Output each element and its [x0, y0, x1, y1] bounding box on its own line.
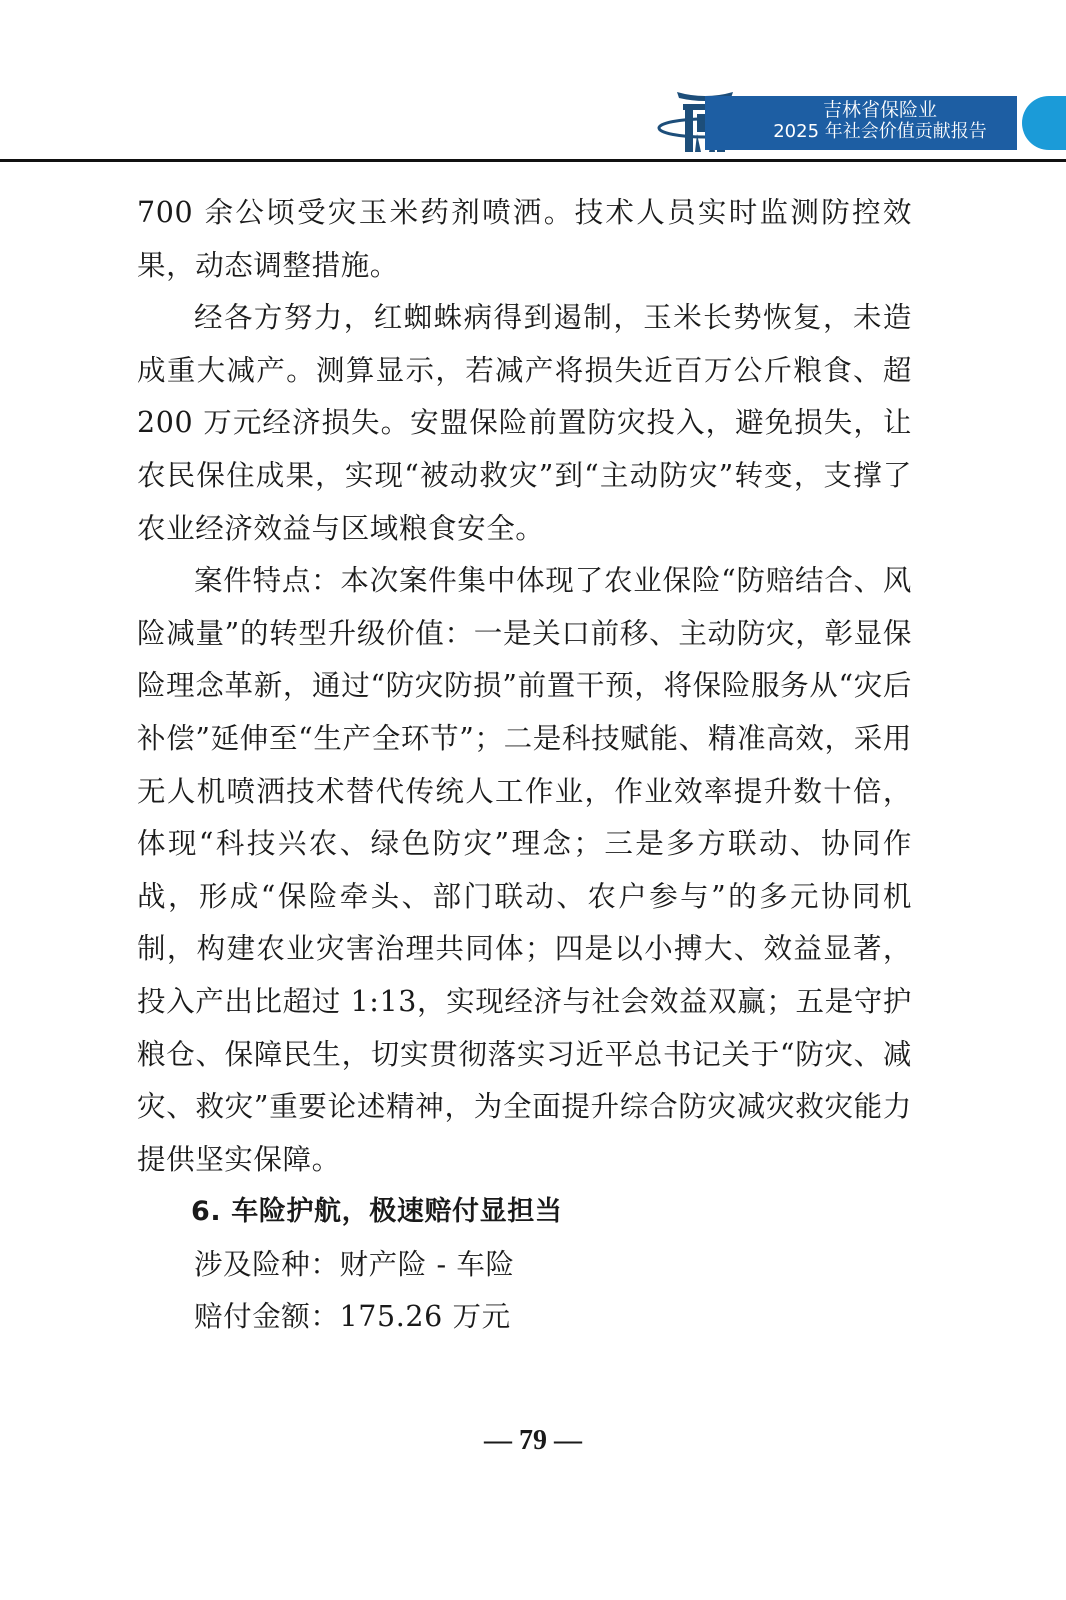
paragraph-case-features: 案件特点：本次案件集中体现了农业保险“防赔结合、风险减量”的转型升级价值：一是关…: [137, 555, 912, 1186]
header-divider: [0, 159, 1066, 162]
report-title-line1: 吉林省保险业: [740, 99, 1020, 121]
page-body: 700 余公顷受灾玉米药剂喷洒。技术人员实时监测防控效果，动态调整措施。 经各方…: [137, 187, 912, 1344]
paragraph-outcome: 经各方努力，红蜘蛛病得到遏制，玉米长势恢复，未造成重大减产。测算显示，若减产将损…: [137, 292, 912, 555]
payout-amount: 赔付金额：175.26 万元: [137, 1291, 912, 1344]
page-header: 吉林省保险业 2025 年社会价值贡献报告: [0, 0, 1066, 165]
page-number: — 79 —: [0, 1425, 1066, 1457]
report-title: 吉林省保险业 2025 年社会价值贡献报告: [740, 99, 1020, 143]
insurance-type: 涉及险种：财产险 - 车险: [137, 1239, 912, 1292]
section-heading: 6. 车险护航，极速赔付显担当: [137, 1186, 912, 1239]
banner-accent-pill: [1022, 96, 1066, 150]
report-title-line2: 2025 年社会价值贡献报告: [740, 121, 1020, 143]
paragraph-continuation: 700 余公顷受灾玉米药剂喷洒。技术人员实时监测防控效果，动态调整措施。: [137, 187, 912, 292]
